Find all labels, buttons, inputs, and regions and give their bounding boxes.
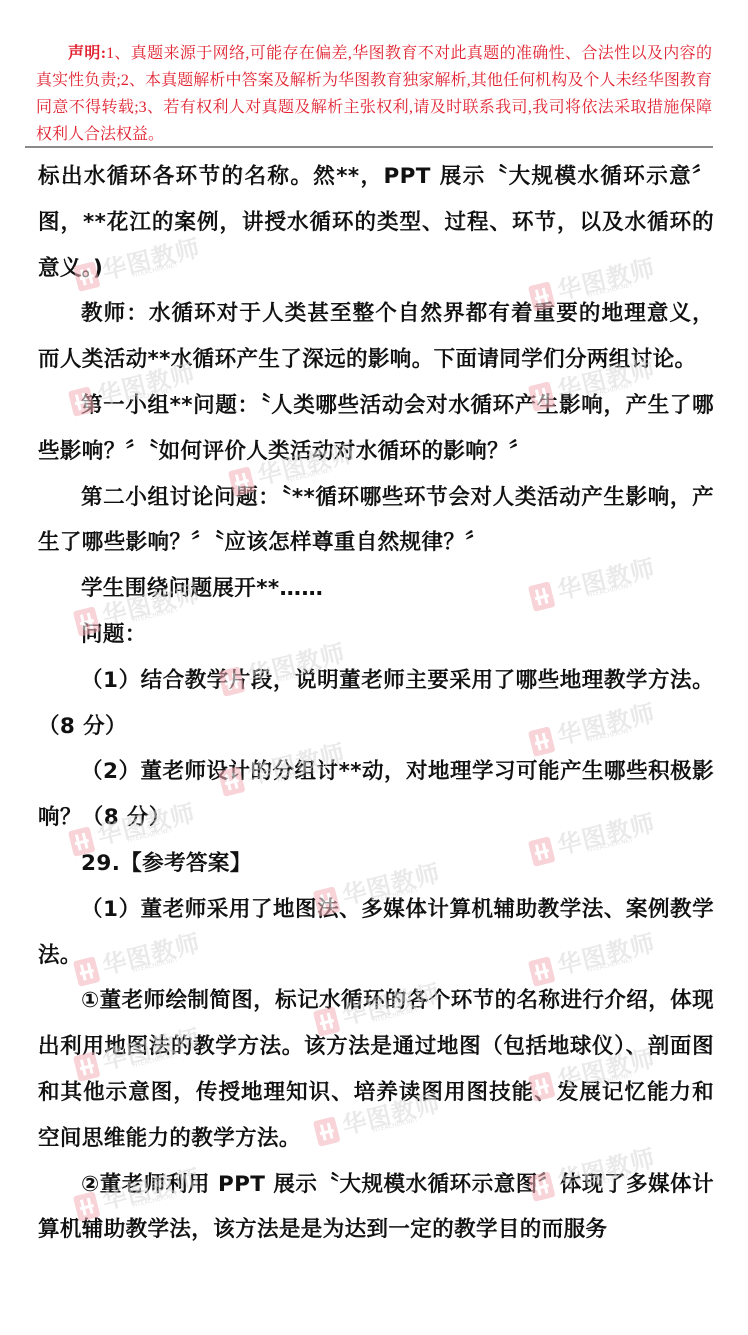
disclaimer-text: 1、真题来源于网络,可能存在偏差,华图教育不对此真题的准确性、合法性以及内容的真… <box>36 45 712 143</box>
paragraph: 教师：水循环对于人类甚至整个自然界都有着重要的地理意义，而人类活动**水循环产生… <box>38 291 714 383</box>
question-1: （1）结合教学片段，说明董老师主要采用了哪些地理教学方法。（8 分） <box>38 658 714 750</box>
paragraph: 第一小组**问题：〝人类哪些活动会对水循环产生影响，产生了哪些影响？〞〝如何评价… <box>38 383 714 475</box>
document-body: 标出水循环各环节的名称。然**，PPT 展示〝大规模水循环示意〞图，**花江的案… <box>38 154 714 1253</box>
header-divider <box>25 146 713 148</box>
paragraph: 标出水循环各环节的名称。然**，PPT 展示〝大规模水循环示意〞图，**花江的案… <box>38 154 714 291</box>
question-2: （2）董老师设计的分组讨**动，对地理学习可能产生哪些积极影响？（8 分） <box>38 749 714 841</box>
paragraph: 问题： <box>38 612 714 658</box>
disclaimer-label: 声明: <box>36 45 106 62</box>
paragraph: 第二小组讨论问题：〝**循环哪些环节会对人类活动产生影响，产生了哪些影响？〞〝应… <box>38 475 714 567</box>
paragraph: ②董老师利用 PPT 展示〝大规模水循环示意图〞体现了多媒体计算机辅助教学法，该… <box>38 1162 714 1254</box>
disclaimer: 声明:1、真题来源于网络,可能存在偏差,华图教育不对此真题的准确性、合法性以及内… <box>36 40 712 148</box>
document-page: 声明:1、真题来源于网络,可能存在偏差,华图教育不对此真题的准确性、合法性以及内… <box>0 0 748 1335</box>
paragraph: （1）董老师采用了地图法、多媒体计算机辅助教学法、案例教学法。 <box>38 887 714 979</box>
answer-heading: 29.【参考答案】 <box>38 841 714 887</box>
paragraph: 学生围绕问题展开**…… <box>38 566 714 612</box>
paragraph: ①董老师绘制简图，标记水循环的各个环节的名称进行介绍，体现出利用地图法的教学方法… <box>38 978 714 1161</box>
